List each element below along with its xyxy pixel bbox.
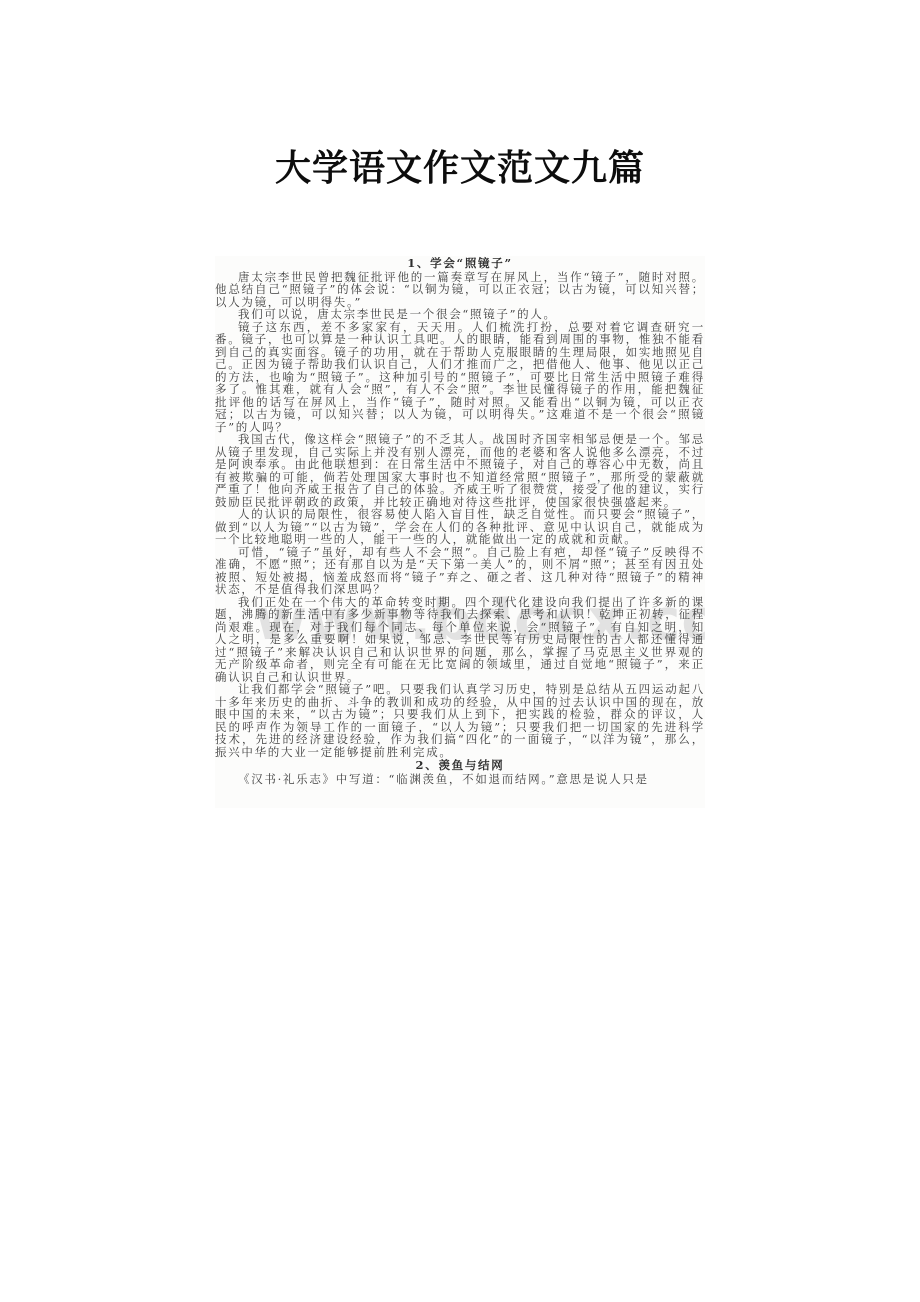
essay-section-heading: 1、学会“照镜子” bbox=[215, 256, 705, 271]
essay-text-container: 1、学会“照镜子”唐太宗李世民曾把魏征批评他的一篇奏章写在屏风上，当作“镜子”，… bbox=[215, 256, 705, 785]
essay-paragraph: 人的认识的局限性，很容易使人陷入盲目性，缺乏自觉性。而只要会“照镜子”，做到“以… bbox=[215, 508, 705, 546]
document-page: 大学语文作文范文九篇 www.bdocx.com 1、学会“照镜子”唐太宗李世民… bbox=[0, 0, 920, 1302]
essay-paragraph: 我们可以说，唐太宗李世民是一个很会“照镜子”的人。 bbox=[215, 308, 705, 321]
document-title: 大学语文作文范文九篇 bbox=[0, 140, 920, 191]
essay-paragraph: 我们正处在一个伟大的革命转变时期。四个现代化建设向我们提出了许多新的课题，沸腾的… bbox=[215, 596, 705, 684]
essay-paragraph: 《汉书·礼乐志》中写道：“临渊羡鱼，不如退而结网。”意思是说人只是 bbox=[215, 773, 705, 786]
essay-paragraph: 唐太宗李世民曾把魏征批评他的一篇奏章写在屏风上，当作“镜子”，随时对照。他总结自… bbox=[215, 271, 705, 309]
essay-paragraph: 让我们都学会“照镜子”吧。只要我们认真学习历史，特别是总结从五四运动起八十多年来… bbox=[215, 683, 705, 758]
essay-section-heading: 2、羡鱼与结网 bbox=[215, 758, 705, 773]
scanned-essay-image: www.bdocx.com 1、学会“照镜子”唐太宗李世民曾把魏征批评他的一篇奏… bbox=[215, 256, 705, 808]
essay-paragraph: 可惜，“镜子”虽好，却有些人不会“照”。自己脸上有疤，却怪“镜子”反映得不准确，… bbox=[215, 546, 705, 596]
essay-paragraph: 我国古代，像这样会“照镜子”的不乏其人。战国时齐国宰相邹忌便是一个。邹忌从镜子里… bbox=[215, 433, 705, 508]
essay-paragraph: 镜子这东西，差不多家家有，天天用。人们梳洗打扮，总要对着它调查研究一番。镜子，也… bbox=[215, 321, 705, 434]
